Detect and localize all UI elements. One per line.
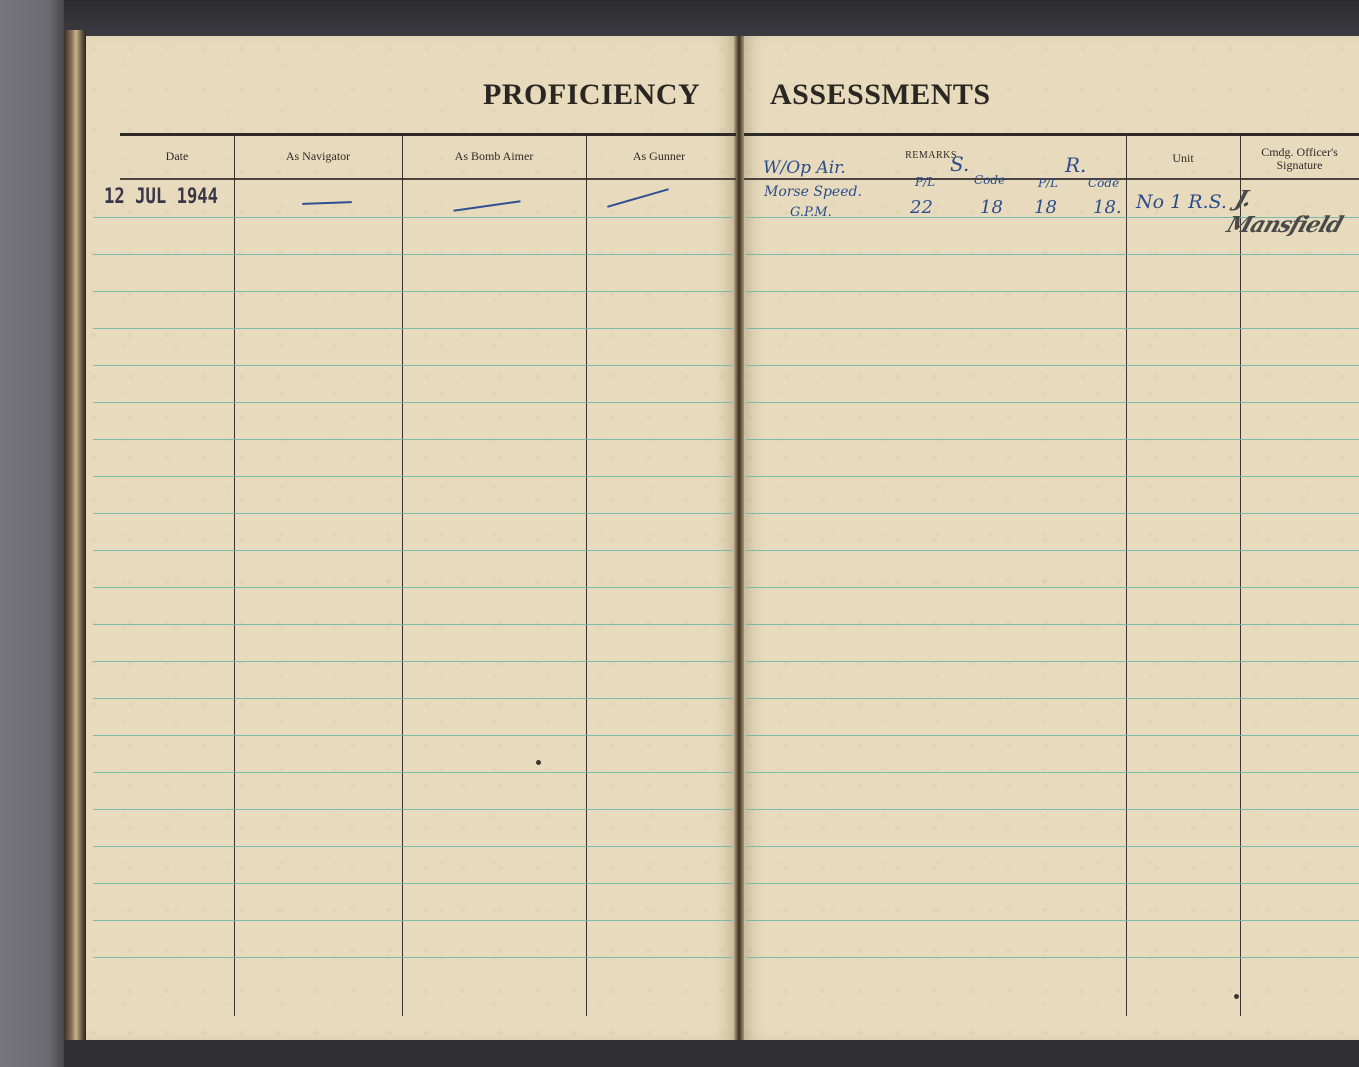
- unit-value: No 1 R.S.: [1136, 191, 1227, 213]
- remarks-send-code-label: Code: [974, 173, 1005, 187]
- header-officer-line2: Signature: [1240, 159, 1359, 172]
- remarks-morse-speed: Morse Speed.: [764, 184, 862, 200]
- remarks-send-code-value: 18: [980, 197, 1003, 218]
- column-divider: [1240, 136, 1241, 1016]
- book-cover-top: [64, 0, 1359, 36]
- remarks-send-label: S.: [950, 152, 969, 176]
- remarks-send-pl-label: P/L: [915, 175, 935, 189]
- paper-speck: [536, 760, 541, 765]
- remarks-trade: W/Op Air.: [763, 158, 846, 178]
- page-title-right: ASSESSMENTS: [770, 78, 991, 112]
- paper-speck: [1234, 994, 1239, 999]
- header-officer-signature: Cmdg. Officer's Signature: [1240, 146, 1359, 172]
- column-divider: [234, 136, 235, 1016]
- date-stamp: 12 JUL 1944: [104, 184, 218, 208]
- remarks-send-pl-value: 22: [910, 197, 933, 218]
- book-cover-bottom: [64, 1040, 1359, 1067]
- scanner-background: [0, 0, 70, 1067]
- officer-signature: J. Mansfield: [1224, 186, 1359, 238]
- header-rule-right: [744, 133, 1359, 136]
- page-title-left: PROFICIENCY: [483, 78, 700, 112]
- header-unit: Unit: [1126, 151, 1240, 166]
- remarks-gpm: G.P.M.: [790, 205, 832, 220]
- column-divider: [586, 136, 587, 1016]
- column-divider: [402, 136, 403, 1016]
- book-spine-edge: [64, 30, 86, 1042]
- remarks-receive-pl-value: 18: [1034, 197, 1057, 218]
- header-rule-left: [120, 133, 736, 136]
- header-bottom-rule-left: [120, 178, 736, 180]
- header-date: Date: [120, 149, 234, 164]
- header-as-bomb-aimer: As Bomb Aimer: [402, 149, 586, 164]
- book-gutter: [734, 36, 744, 1040]
- header-as-navigator: As Navigator: [234, 149, 402, 164]
- header-as-gunner: As Gunner: [586, 149, 732, 164]
- remarks-receive-code-label: Code: [1088, 176, 1119, 190]
- remarks-receive-label: R.: [1065, 153, 1086, 177]
- column-divider: [1126, 136, 1127, 1016]
- remarks-receive-pl-label: P/L: [1038, 176, 1058, 190]
- remarks-receive-code-value: 18.: [1093, 197, 1122, 218]
